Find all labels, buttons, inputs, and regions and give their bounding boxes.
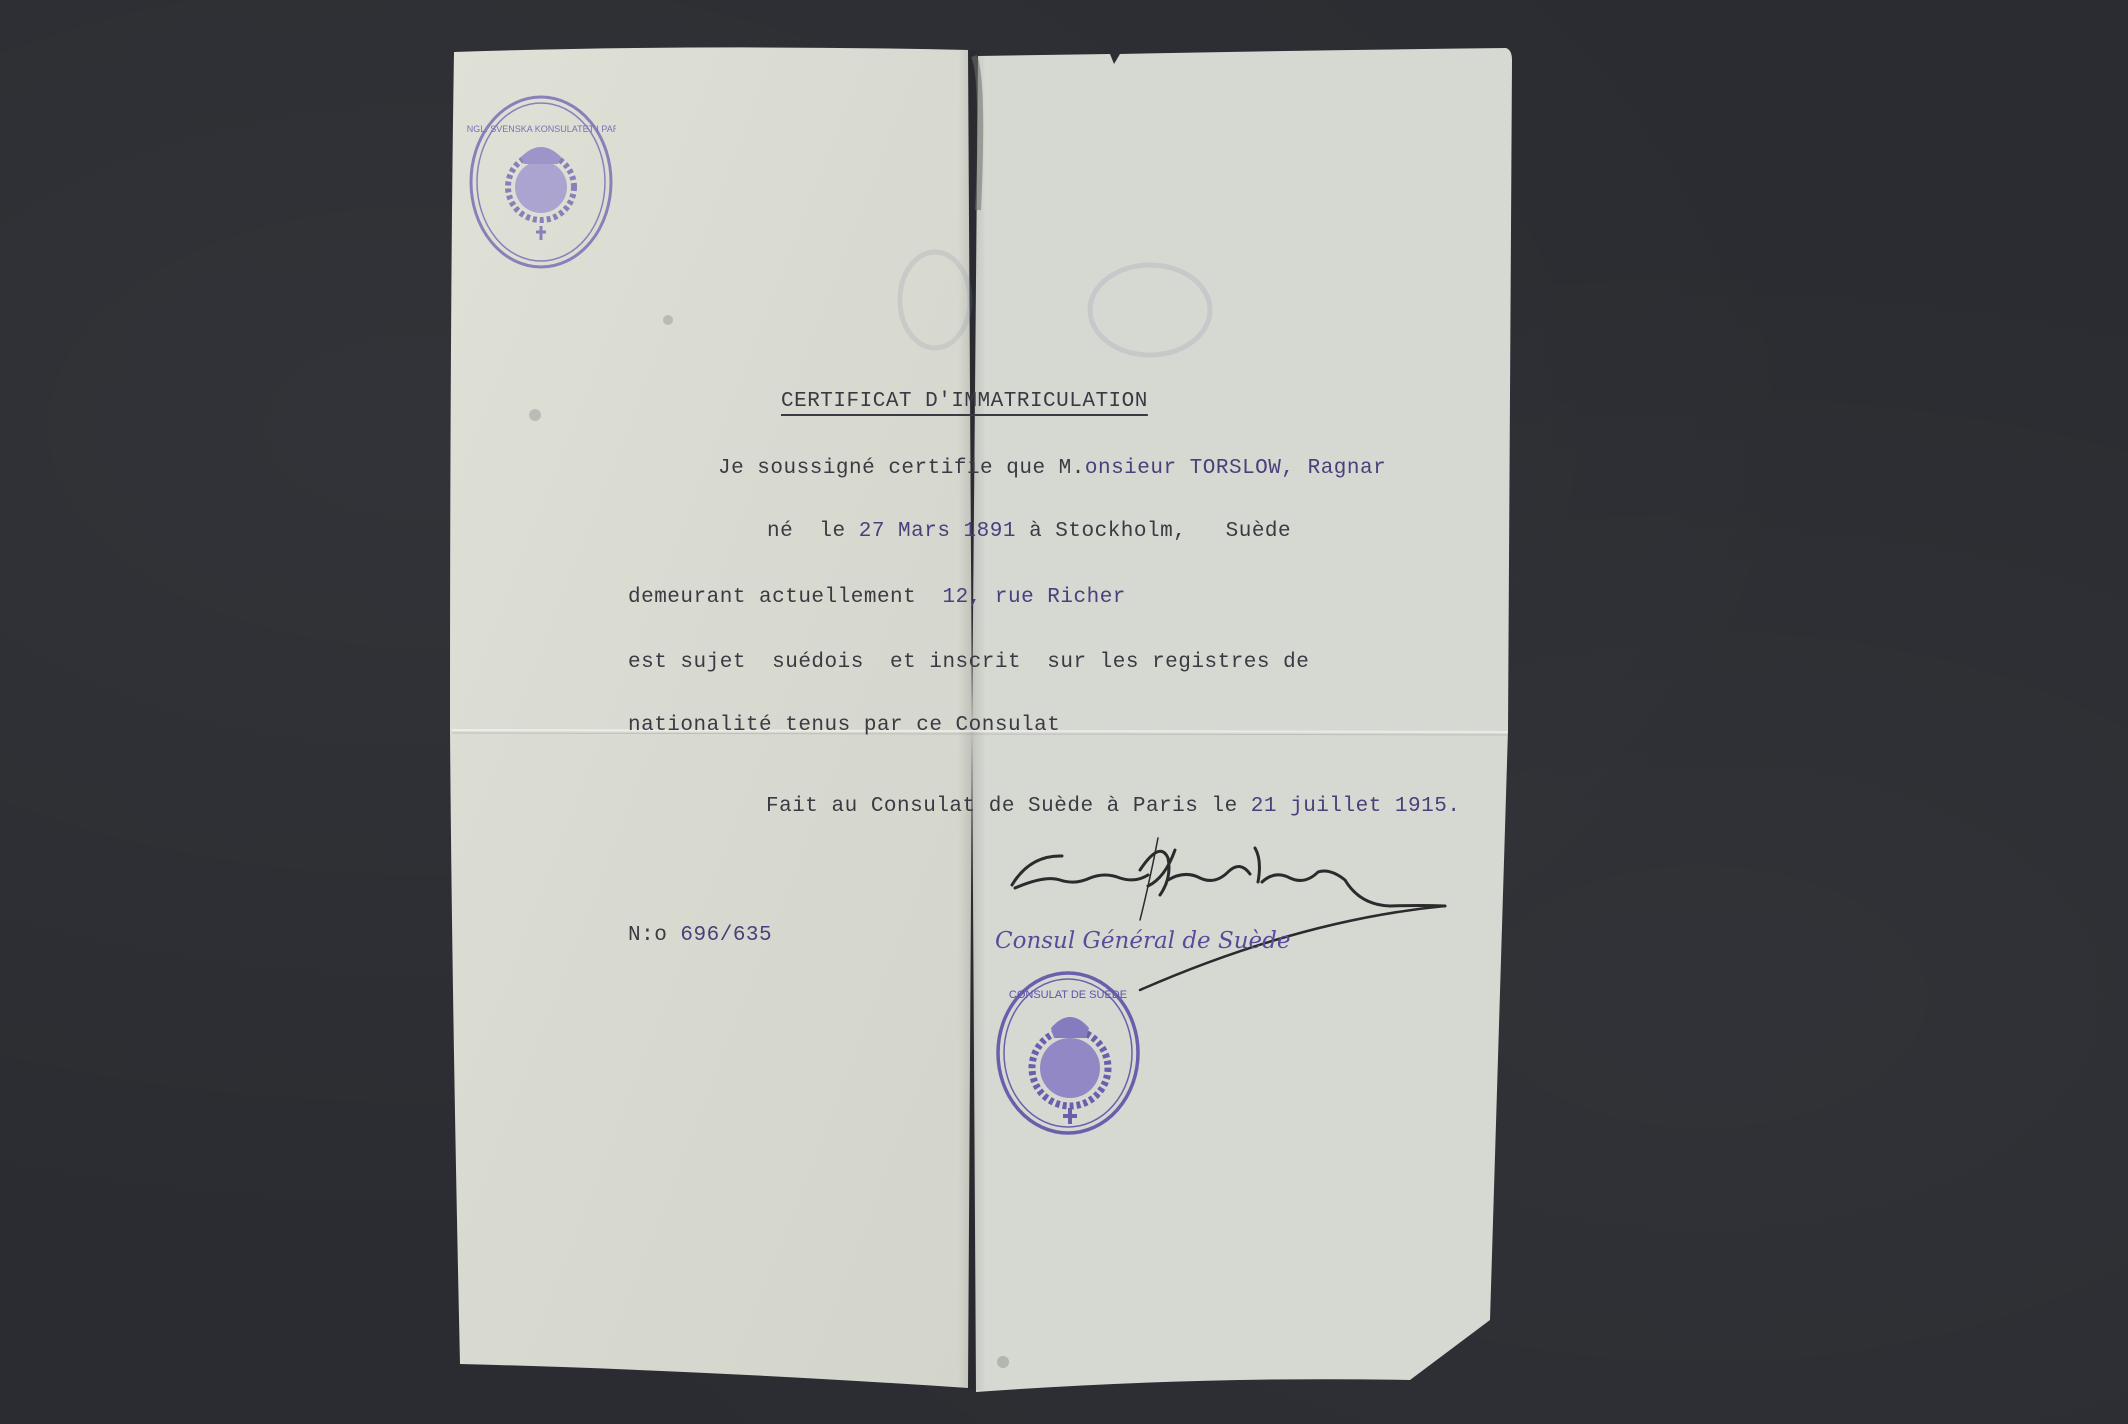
line-5: nationalité tenus par ce Consulat [628,714,1060,737]
svg-text:KUNGL. SVENSKA KONSULATET I PA: KUNGL. SVENSKA KONSULATET I PARIS [466,124,616,134]
issued-date: 21 juillet 1915. [1251,795,1461,818]
issued-place: Fait au Consulat de Suède à Paris le [766,795,1238,818]
line-1: Je soussigné certifie que M.onsieur TORS… [718,457,1386,480]
registration-number: N:o 696/635 [628,924,772,947]
line-1-prefix: Je soussigné certifie que M. [718,457,1085,480]
consulate-seal-top: KUNGL. SVENSKA KONSULATET I PARIS [466,92,616,272]
number-label: N:o [628,924,667,947]
birth-place: à Stockholm, Suède [1029,520,1291,543]
residence-prefix: demeurant actuellement [628,586,916,609]
line-6: Fait au Consulat de Suède à Paris le 21 … [766,795,1460,818]
signature-title: Consul Général de Suède [995,928,1291,954]
certificate-document: KUNGL. SVENSKA KONSULATET I PARIS CONSUL… [0,0,2128,1424]
paper-sheet [0,0,2128,1424]
birth-date: 27 Mars 1891 [859,520,1016,543]
line-4: est sujet suédois et inscrit sur les reg… [628,651,1309,674]
svg-text:CONSULAT DE SUÈDE: CONSULAT DE SUÈDE [1009,988,1127,1001]
number-value: 696/635 [680,924,772,947]
consulate-seal-bottom: CONSULAT DE SUÈDE [993,968,1143,1138]
line-3: demeurant actuellement 12, rue Richer [628,586,1126,609]
birth-prefix: né le [767,520,846,543]
certificate-title: CERTIFICAT D'IMMATRICULATION [781,390,1148,413]
line-2: né le 27 Mars 1891 à Stockholm, Suède [767,520,1291,543]
residence-address: 12, rue Richer [942,586,1125,609]
holder-name: onsieur TORSLOW, Ragnar [1085,457,1386,480]
